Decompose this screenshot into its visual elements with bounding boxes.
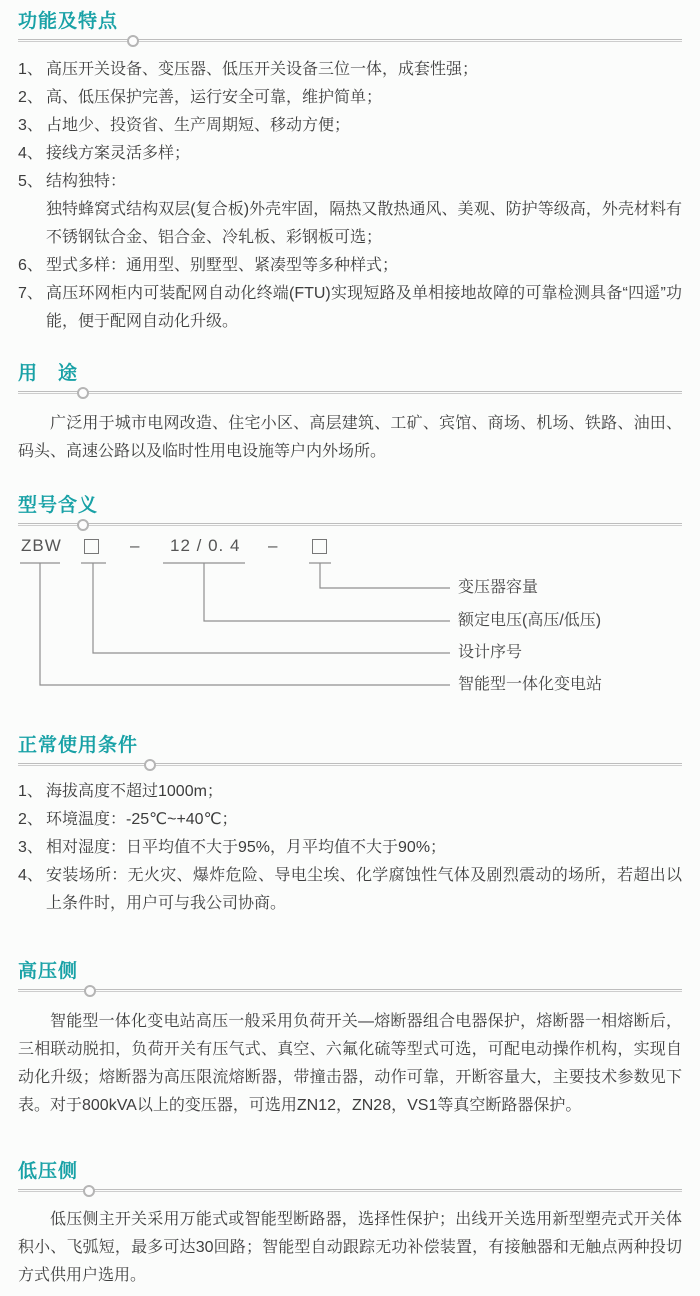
- section-usage: 用 途 广泛用于城市电网改造、住宅小区、高层建筑、工矿、宾馆、商场、机场、铁路、…: [18, 362, 682, 466]
- list-item: 2、 环境温度：-25℃~+40℃；: [18, 806, 682, 834]
- diagram-label-capacity: 变压器容量: [458, 578, 538, 598]
- section-hv-side: 高压侧 智能型一体化变电站高压一般采用负荷开关—熔断器组合电器保护，熔断器一相熔…: [18, 960, 682, 1120]
- heading-rule: [18, 763, 682, 766]
- item-text: 高压环网柜内可装配网自动化终端(FTU)实现短路及单相接地故障的可靠检测具备“四…: [46, 280, 682, 336]
- section-conditions: 正常使用条件 1、 海拔高度不超过1000m； 2、 环境温度：-25℃~+40…: [18, 734, 682, 918]
- item-text: 安装场所：无火灾、爆炸危险、导电尘埃、化学腐蚀性气体及剧烈震动的场所，若超出以上…: [46, 862, 682, 918]
- rule-knob: [144, 759, 156, 771]
- list-item: 1、 海拔高度不超过1000m；: [18, 778, 682, 806]
- model-prefix: ZBW: [21, 536, 62, 556]
- item-number: 7、: [18, 280, 46, 336]
- connector-prefix: [40, 563, 450, 685]
- features-list: 1、 高压开关设备、变压器、低压开关设备三位一体，成套性强； 2、 高、低压保护…: [18, 56, 682, 336]
- section-title-usage: 用 途: [18, 362, 682, 386]
- list-item: 5、 结构独特：: [18, 168, 682, 196]
- heading-rule: [18, 989, 682, 992]
- diagram-label-station: 智能型一体化变电站: [458, 675, 602, 695]
- item-text: 海拔高度不超过1000m；: [46, 778, 682, 806]
- section-lv-side: 低压侧 低压侧主开关采用万能式或智能型断路器，选择性保护；出线开关选用新型塑壳式…: [18, 1160, 682, 1290]
- item-number: 2、: [18, 806, 46, 834]
- model-dash2: –: [268, 536, 278, 556]
- item-text: 高压开关设备、变压器、低压开关设备三位一体，成套性强；: [46, 56, 682, 84]
- rule-knob: [77, 387, 89, 399]
- section-title-hv: 高压侧: [18, 960, 682, 984]
- item-text: 结构独特：: [46, 168, 682, 196]
- list-item: 3、 相对湿度：日平均值不大于95%，月平均值不大于90%；: [18, 834, 682, 862]
- model-voltage: 12 / 0. 4: [170, 536, 240, 556]
- item-text: 环境温度：-25℃~+40℃；: [46, 806, 682, 834]
- connector-voltage: [204, 563, 450, 621]
- item-text: 高、低压保护完善，运行安全可靠，维护简单；: [46, 84, 682, 112]
- heading-rule: [18, 39, 682, 42]
- rule-knob: [83, 1185, 95, 1197]
- connector-box2: [320, 563, 450, 588]
- heading-rule: [18, 523, 682, 526]
- section-title-model: 型号含义: [18, 494, 682, 518]
- model-designation-diagram: ZBW – 12 / 0. 4 – 变压器容量 额定电压(高压/低压) 设计序号…: [18, 536, 682, 698]
- item-number: 4、: [18, 140, 46, 168]
- section-title-conditions: 正常使用条件: [18, 734, 682, 758]
- item-text: 占地少、投资省、生产周期短、移动方便；: [46, 112, 682, 140]
- rule-knob: [77, 519, 89, 531]
- diagram-label-serial: 设计序号: [458, 643, 522, 663]
- placeholder-box2: [312, 539, 327, 554]
- heading-rule: [18, 1189, 682, 1192]
- placeholder-box1: [84, 539, 99, 554]
- item-number: 2、: [18, 84, 46, 112]
- list-item: 4、 安装场所：无火灾、爆炸危险、导电尘埃、化学腐蚀性气体及剧烈震动的场所，若超…: [18, 862, 682, 918]
- hv-paragraph: 智能型一体化变电站高压一般采用负荷开关—熔断器组合电器保护，熔断器一相熔断后，三…: [18, 1008, 682, 1120]
- list-item: 7、 高压环网柜内可装配网自动化终端(FTU)实现短路及单相接地故障的可靠检测具…: [18, 280, 682, 336]
- rule-knob: [84, 985, 96, 997]
- section-title-features: 功能及特点: [18, 10, 682, 34]
- diagram-label-voltage: 额定电压(高压/低压): [458, 611, 601, 631]
- item-text: 接线方案灵活多样；: [46, 140, 682, 168]
- model-dash1: –: [130, 536, 140, 556]
- usage-paragraph: 广泛用于城市电网改造、住宅小区、高层建筑、工矿、宾馆、商场、机场、铁路、油田、码…: [18, 410, 682, 466]
- list-item: 4、 接线方案灵活多样；: [18, 140, 682, 168]
- item-number: 4、: [18, 862, 46, 918]
- section-model: 型号含义 ZBW –: [18, 494, 682, 698]
- section-title-lv: 低压侧: [18, 1160, 682, 1184]
- heading-rule: [18, 391, 682, 394]
- item5-detail: 独特蜂窝式结构双层(复合板)外壳牢固，隔热又散热通风、美观、防护等级高，外壳材料…: [46, 196, 682, 252]
- item-text: 型式多样：通用型、别墅型、紧凑型等多种样式；: [46, 252, 682, 280]
- item-number: 3、: [18, 834, 46, 862]
- item-number: 1、: [18, 778, 46, 806]
- section-features: 功能及特点 1、 高压开关设备、变压器、低压开关设备三位一体，成套性强； 2、 …: [18, 10, 682, 336]
- list-item: 6、 型式多样：通用型、别墅型、紧凑型等多种样式；: [18, 252, 682, 280]
- connector-box1: [93, 563, 450, 653]
- list-item: 2、 高、低压保护完善，运行安全可靠，维护简单；: [18, 84, 682, 112]
- item-number: 5、: [18, 168, 46, 196]
- rule-knob: [127, 35, 139, 47]
- item-number: 3、: [18, 112, 46, 140]
- conditions-list: 1、 海拔高度不超过1000m； 2、 环境温度：-25℃~+40℃； 3、 相…: [18, 778, 682, 918]
- item-number: 1、: [18, 56, 46, 84]
- document-page: 功能及特点 1、 高压开关设备、变压器、低压开关设备三位一体，成套性强； 2、 …: [0, 0, 700, 1290]
- item-text: 相对湿度：日平均值不大于95%，月平均值不大于90%；: [46, 834, 682, 862]
- list-item: 1、 高压开关设备、变压器、低压开关设备三位一体，成套性强；: [18, 56, 682, 84]
- list-item: 3、 占地少、投资省、生产周期短、移动方便；: [18, 112, 682, 140]
- item-number: 6、: [18, 252, 46, 280]
- lv-paragraph: 低压侧主开关采用万能式或智能型断路器，选择性保护；出线开关选用新型塑壳式开关体积…: [18, 1206, 682, 1290]
